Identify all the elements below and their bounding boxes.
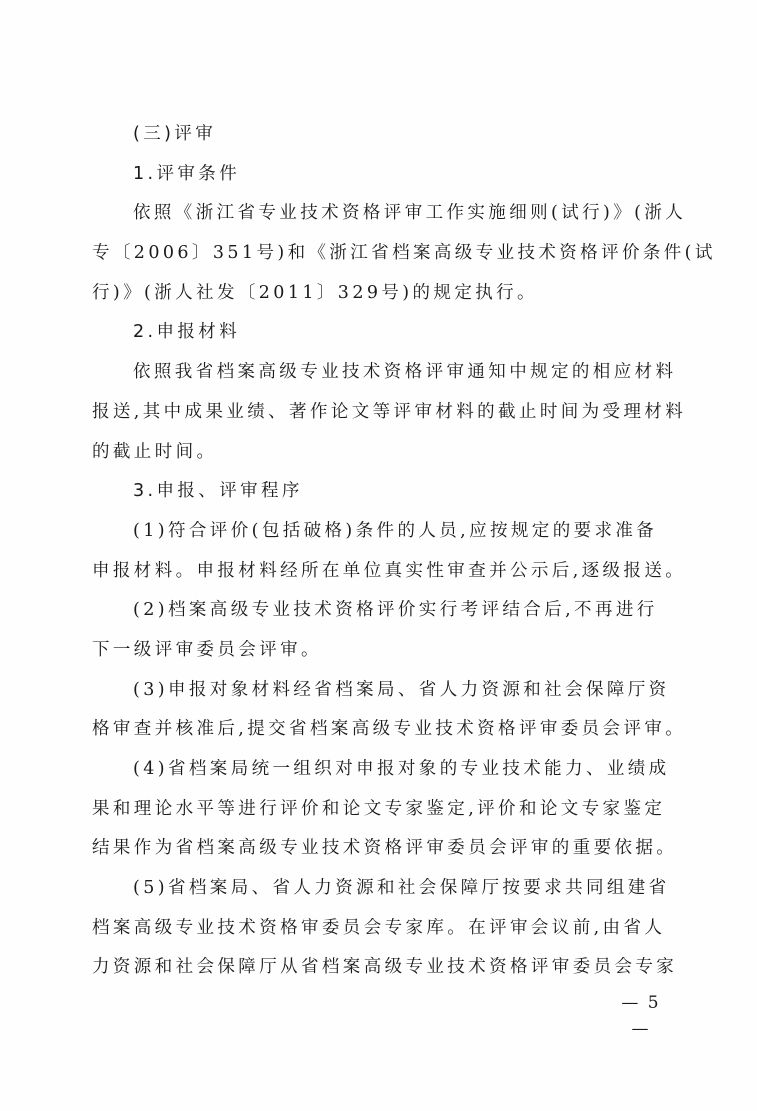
paragraph-line: 依照《浙江省专业技术资格评审工作实施细则(试行)》(浙人 xyxy=(92,194,682,234)
list-item-2-line: (2)档案高级专业技术资格评价实行考评结合后,不再进行 xyxy=(92,591,682,631)
document-body: (三)评审 1.评审条件 依照《浙江省专业技术资格评审工作实施细则(试行)》(浙… xyxy=(92,115,682,988)
paragraph-line: 行)》(浙人社发〔2011〕329号)的规定执行。 xyxy=(92,274,682,314)
list-item-3-line: 格审查并核准后,提交省档案高级专业技术资格评审委员会评审。 xyxy=(92,710,682,750)
list-item-4-line: 结果作为省档案高级专业技术资格评审委员会评审的重要依据。 xyxy=(92,829,682,869)
document-page: (三)评审 1.评审条件 依照《浙江省专业技术资格评审工作实施细则(试行)》(浙… xyxy=(0,0,757,1111)
list-item-5-line: 档案高级专业技术资格审委员会专家库。在评审会议前,由省人 xyxy=(92,909,682,949)
list-item-3-line: (3)申报对象材料经省档案局、省人力资源和社会保障厅资 xyxy=(92,671,682,711)
paragraph-line: 的截止时间。 xyxy=(92,433,682,473)
list-item-5-line: 力资源和社会保障厅从省档案高级专业技术资格评审委员会专家 xyxy=(92,948,682,988)
section-heading: (三)评审 xyxy=(92,115,682,155)
list-item-4-line: 果和理论水平等进行评价和论文专家鉴定,评价和论文专家鉴定 xyxy=(92,790,682,830)
paragraph-line: 报送,其中成果业绩、著作论文等评审材料的截止时间为受理材料 xyxy=(92,393,682,433)
list-item-2-line: 下一级评审委员会评审。 xyxy=(92,631,682,671)
subsection-title-procedure: 3.申报、评审程序 xyxy=(92,472,682,512)
subsection-title-application-materials: 2.申报材料 xyxy=(92,313,682,353)
list-item-5-line: (5)省档案局、省人力资源和社会保障厅按要求共同组建省 xyxy=(92,869,682,909)
paragraph-line: 依照我省档案高级专业技术资格评审通知中规定的相应材料 xyxy=(92,353,682,393)
page-number: — 5 — xyxy=(610,990,672,1042)
list-item-4-line: (4)省档案局统一组织对申报对象的专业技术能力、业绩成 xyxy=(92,750,682,790)
paragraph-line: 专〔2006〕351号)和《浙江省档案高级专业技术资格评价条件(试 xyxy=(92,234,682,274)
subsection-title-evaluation-conditions: 1.评审条件 xyxy=(92,155,682,195)
list-item-1-line: 申报材料。申报材料经所在单位真实性审查并公示后,逐级报送。 xyxy=(92,552,682,592)
list-item-1-line: (1)符合评价(包括破格)条件的人员,应按规定的要求准备 xyxy=(92,512,682,552)
